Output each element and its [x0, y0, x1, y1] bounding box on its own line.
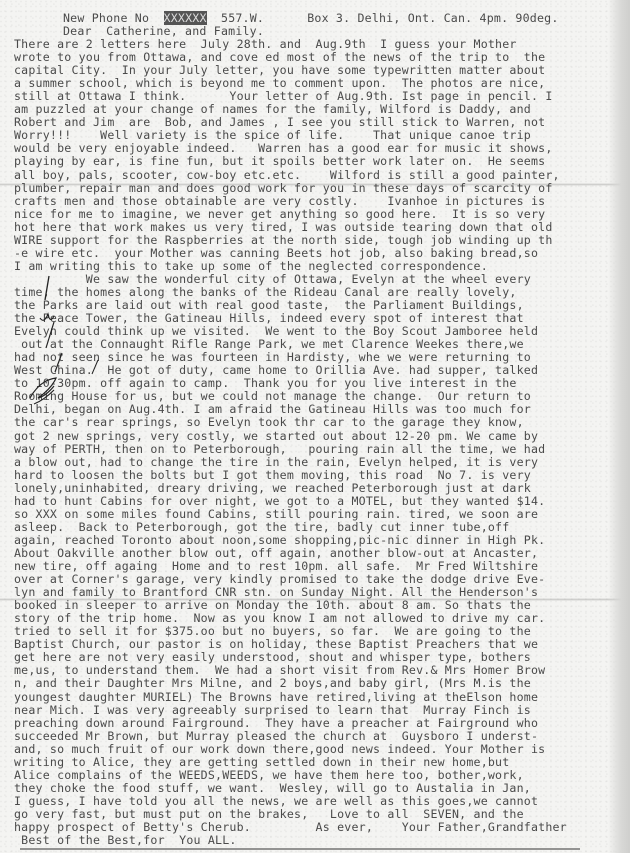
letter-line: tried to sell it for $375.oo but no buye… — [14, 625, 531, 638]
letter-line: lyn and family to Brantford CNR stn. on … — [14, 586, 538, 599]
letter-line: the Parks are laid out with real good ta… — [14, 299, 524, 312]
letter-line: lonely,uninhabited, dreary driving, we r… — [14, 482, 531, 495]
letter-line: Best of the Best,for You ALL. — [14, 834, 237, 847]
letter-line: Evelyn could think up we visited. We wen… — [14, 325, 538, 338]
letter-line: writing to Alice, they are getting settl… — [14, 756, 509, 769]
letter-line: Alice complains of the WEEDS,WEEDS, we h… — [14, 769, 524, 782]
letter-line: got 2 new springs, very costly, we start… — [14, 430, 538, 443]
letter-line: West China. He got of duty, came home to… — [14, 364, 538, 377]
sender-address: Box 3. Delhi, Ont. Can. 4pm. 90deg. — [307, 11, 558, 25]
letter-line: still at Ottawa I think. Your letter of … — [14, 90, 553, 103]
letter-line: crafts men and those obtainable are very… — [14, 195, 545, 208]
letter-line: new tire, off againg Home and to rest 10… — [14, 560, 538, 573]
letter-line: they choke the food stuff, we want. Wesl… — [14, 782, 531, 795]
letter-line: I am writing this to take up some of the… — [14, 260, 488, 273]
letter-line: would be very enjoyable indeed. Warren h… — [14, 142, 553, 155]
letter-line: About Oakville another blow out, off aga… — [14, 547, 538, 560]
letter-line: There are 2 letters here July 28th. and … — [14, 38, 517, 51]
letter-line: n, and their Daughter Mrs Milne, and 2 b… — [14, 677, 531, 690]
letter-line: am puzzled at your change of names for t… — [14, 103, 531, 116]
letter-line: had not seen since he was fourteen in Ha… — [14, 351, 531, 364]
letter-line: Rooming House for us, but we could not m… — [14, 390, 531, 403]
letter-line: preaching down around Fairground. They h… — [14, 717, 538, 730]
letter-line: time, the homes along the banks of the R… — [14, 286, 517, 299]
letter-line: and, so much fruit of our work down ther… — [14, 743, 545, 756]
letter-line: again, reached Toronto about noon,some s… — [14, 534, 545, 547]
letter-line: way of PERTH, then on to Peterborough, p… — [14, 443, 545, 456]
phone-number: 557.W. — [221, 11, 264, 25]
letter-line: Baptist Church, our pastor is on holiday… — [14, 638, 538, 651]
letter-line: hot here that work makes us very tired, … — [14, 221, 553, 234]
letter-line: all boy, pals, scooter, cow-boy etc.etc.… — [14, 169, 560, 182]
phone-label: New Phone No — [63, 11, 149, 25]
letter-line: Delhi, began on Aug.4th. I am afraid the… — [14, 403, 531, 416]
letter-line: plumber, repair man and does good work f… — [14, 182, 553, 195]
letter-line: get here are not very easily understood,… — [14, 651, 531, 664]
letter-line: -e wire etc. your Mother was canning Bee… — [14, 247, 538, 260]
letter-line: WIRE support for the Raspberries at the … — [14, 234, 553, 247]
letter-line: nice for me to imagine, we never get any… — [14, 208, 545, 221]
letter-line: happy prospect of Betty's Cherub. As eve… — [14, 821, 567, 834]
letter-line: wrote to you from Ottawa, and cove ed mo… — [14, 51, 545, 64]
letter-line: playing by ear, is fine fun, but it spoi… — [14, 155, 545, 168]
letter-line: booked in sleeper to arrive on Monday th… — [14, 599, 531, 612]
letter-line: over at Corner's garage, very kindly pro… — [14, 573, 545, 586]
letter-line: near Mich. I was very agreeably surprise… — [14, 704, 531, 717]
letter-line: so XXX on some miles found Cabins, still… — [14, 508, 538, 521]
bottom-edge-rule — [20, 848, 580, 850]
letter-line: a blow out, had to change the tire in th… — [14, 456, 538, 469]
letter-line: Worry!!! Well variety is the spice of li… — [14, 129, 531, 142]
letter-line: out at the Connaught Rifle Range Park, w… — [14, 338, 524, 351]
letter-line: youngest daughter MURIEL) The Browns hav… — [14, 691, 538, 704]
letter-line: the car's rear springs, so Evelyn took t… — [14, 416, 524, 429]
letter-line: capital City. In your July letter, you h… — [14, 64, 545, 77]
letter-line: to 10-30pm. off again to camp. Thank you… — [14, 377, 517, 390]
letter-line: a summer school, which is beyond me to c… — [14, 77, 545, 90]
letter-line: I guess, I have told you all the news, w… — [14, 795, 538, 808]
letter-page: New Phone No XXXXXX 557.W. Box 3. Delhi,… — [0, 0, 630, 853]
letter-line: Robert and Jim are Bob, and James , I se… — [14, 116, 545, 129]
phone-struck: XXXXXX — [164, 11, 207, 25]
letter-line: the Peace Tower, the Gatineau Hills, ind… — [14, 312, 524, 325]
letter-line: go very fast, but must put on the brakes… — [14, 808, 524, 821]
letter-line: asleep. Back to Peterborough, got the ti… — [14, 521, 509, 534]
letter-line: me,us, to understand them. We had a shor… — [14, 664, 545, 677]
page-edge-shadow — [608, 0, 630, 853]
letter-line: hard to loosen the bolts but I got them … — [14, 469, 531, 482]
letter-line: succeeded Mr Brown, but Murray pleased t… — [14, 730, 538, 743]
letter-line: story of the trip home. Now as you know … — [14, 612, 545, 625]
letter-line: We saw the wonderful city of Ottawa, Eve… — [14, 273, 531, 286]
letter-line: had to hunt Cabins for over night, we go… — [14, 495, 545, 508]
